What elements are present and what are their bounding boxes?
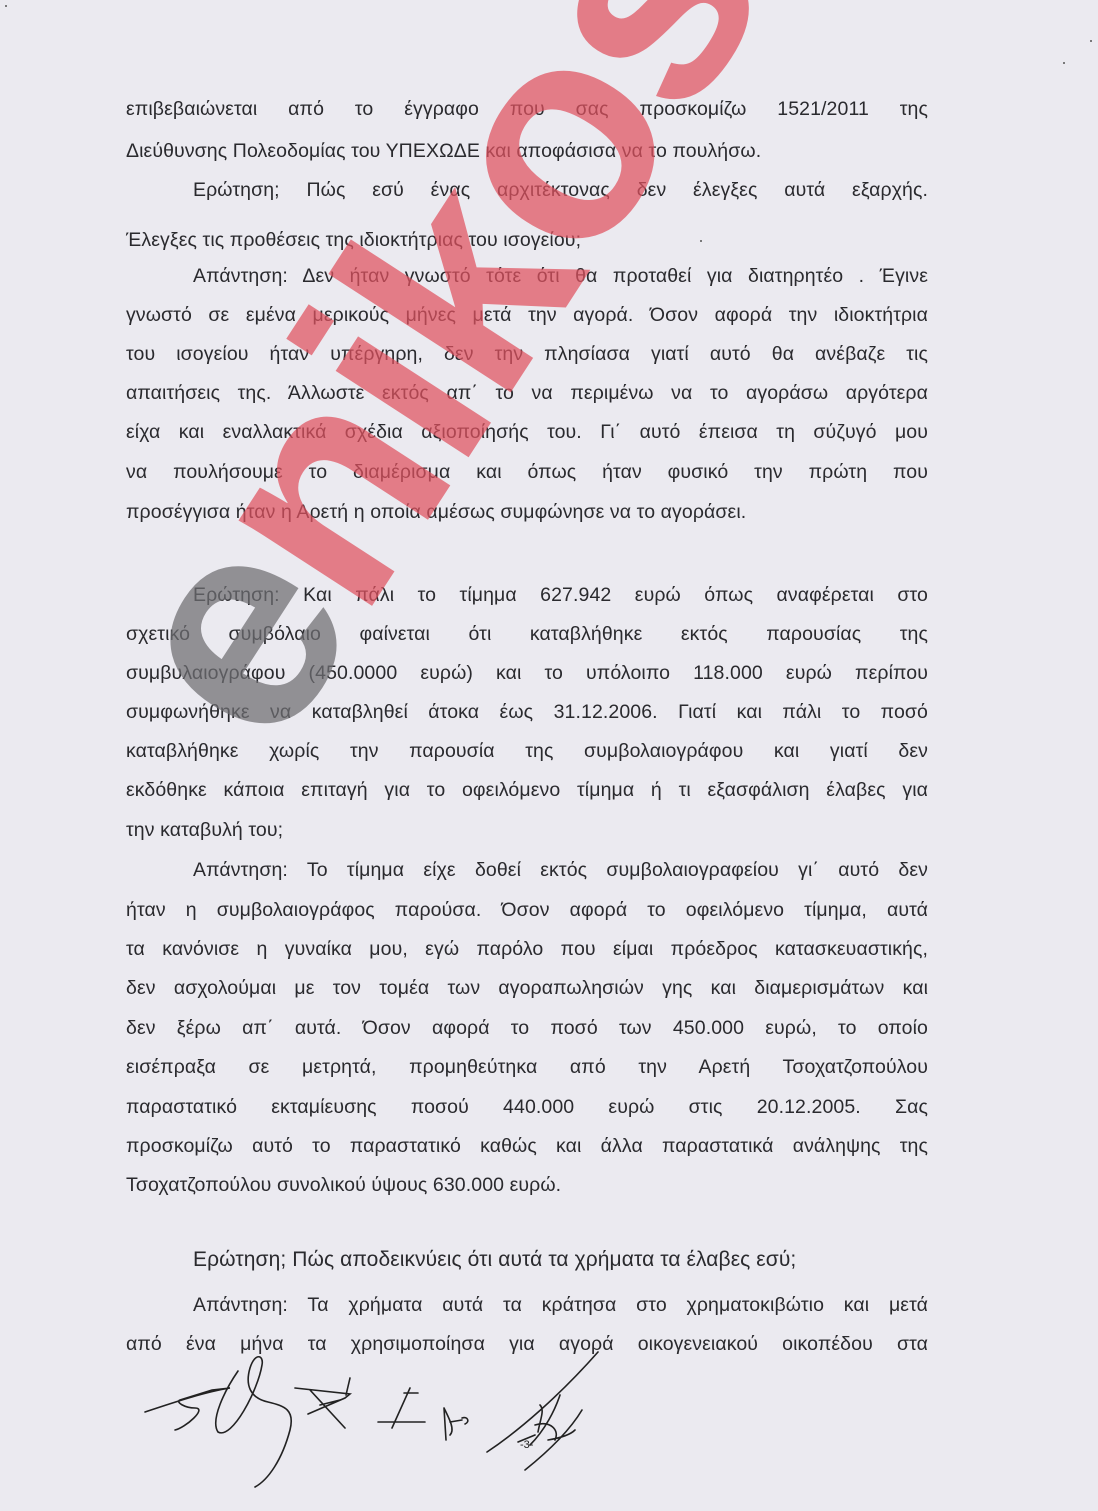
speck: [1090, 40, 1092, 42]
signature-4: [378, 1388, 425, 1428]
text-line: την καταβυλή του;: [126, 818, 928, 842]
text-line: είχα και εναλλακτικά σχέδια αξιοποίησής …: [126, 420, 928, 444]
signature-2: [216, 1357, 292, 1487]
text-line: γνωστό σε εμένα μερικούς μήνες μετά την …: [126, 303, 928, 327]
text-line: συμβυλαιογράφου (450.0000 ευρώ) και το υ…: [126, 661, 928, 685]
text-line: Διεύθυνσης Πολεοδομίας του ΥΠΕΧΩΔΕ και α…: [126, 139, 928, 163]
text-line: Απάντηση: Το τίμημα είχε δοθεί εκτός συμ…: [193, 858, 928, 882]
document-page: επιβεβαιώνεται από το έγγραφο που σας πρ…: [0, 0, 1098, 1511]
watermark-gr: .gr: [543, 0, 1024, 26]
text-line: ήταν η συμβολαιογράφος παρούσα. Όσον αφο…: [126, 898, 928, 922]
text-line: Ερώτηση: Και πάλι το τίμημα 627.942 ευρώ…: [193, 583, 928, 607]
text-line: επιβεβαιώνεται από το έγγραφο που σας πρ…: [126, 97, 928, 121]
text-line: καταβλήθηκε χωρίς την παρουσία της συμβο…: [126, 739, 928, 763]
signature-5: [444, 1408, 468, 1440]
text-line: συμφωνήθηκε να καταβληθεί άτοκα έως 31.1…: [126, 700, 928, 724]
text-line: εκδόθηκε κάποια επιταγή για το οφειλόμεν…: [126, 778, 928, 802]
speck: [1063, 62, 1065, 64]
signature-1: [145, 1388, 230, 1430]
signature-6: [487, 1352, 598, 1470]
text-line: προσκομίζω αυτό το παραστατικό καθώς και…: [126, 1134, 928, 1158]
text-line: τα κανόνισε η γυναίκα μου, εγώ παρόλο πο…: [126, 937, 928, 961]
text-line: να πουλήσουμε το διαμέρισμα και όπως ήτα…: [126, 460, 928, 484]
text-line: Έλεγξες τις προθέσεις της ιδιοκτήτριας τ…: [126, 228, 928, 252]
signature-3: [295, 1378, 350, 1428]
text-line: Ερώτηση; Πώς αποδεικνύεις ότι αυτά τα χρ…: [193, 1248, 928, 1272]
text-line: απαιτήσεις της. Άλλωστε εκτός απ΄ το να …: [126, 381, 928, 405]
text-line: του ισογείου ήταν υπέργηρη, δεν την πλησ…: [126, 342, 928, 366]
text-line: παραστατικό εκταμίευσης ποσού 440.000 ευ…: [126, 1095, 928, 1119]
text-line: Τσοχατζοπούλου συνολικού ύψους 630.000 ε…: [126, 1173, 928, 1197]
page-number: -3-: [520, 1439, 534, 1451]
text-line: Απάντηση: Τα χρήματα αυτά τα κράτησα στο…: [193, 1293, 928, 1317]
text-line: Απάντηση: Δεν ήταν γνωστό τότε ότι θα πρ…: [193, 264, 928, 288]
text-line: Ερώτηση; Πώς εσύ ένας αρχιτέκτονας δεν έ…: [193, 178, 928, 202]
text-line: προσέγγισα ήταν η Αρετή η οποία αμέσως σ…: [126, 500, 928, 524]
speck: [5, 5, 7, 7]
text-line: δεν ξέρω απ΄ αυτά. Όσον αφορά το ποσό τω…: [126, 1016, 928, 1040]
signatures: -3-: [0, 1350, 1098, 1511]
text-line: εισέπραξα σε μετρητά, προμηθεύτηκα από τ…: [126, 1055, 928, 1079]
text-line: σχετικό συμβόλαιο φαίνεται ότι καταβλήθη…: [126, 622, 928, 646]
speck: [700, 240, 702, 242]
text-line: δεν ασχολούμαι με τον τομέα των αγοραπωλ…: [126, 976, 928, 1000]
speck: [590, 1300, 592, 1302]
